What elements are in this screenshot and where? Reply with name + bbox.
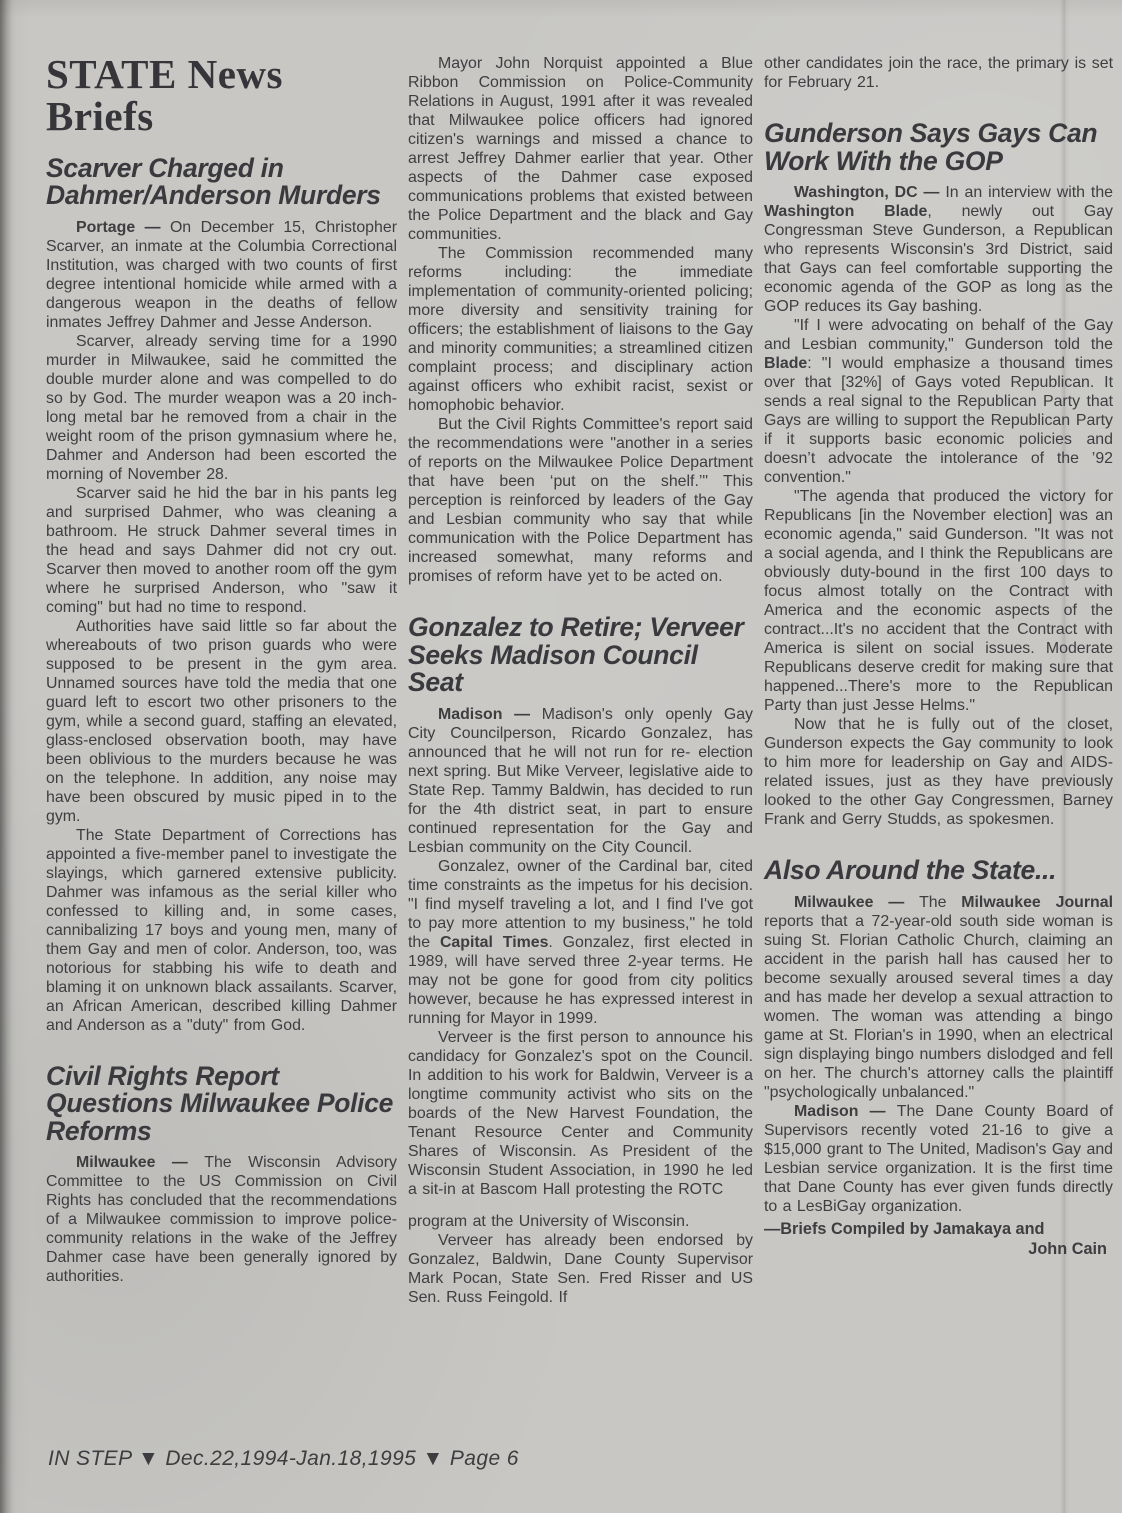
article-headline: Also Around the State... (764, 857, 1113, 885)
newspaper-page: STATE News BriefsScarver Charged in Dahm… (0, 0, 1122, 1513)
paragraph: Authorities have said little so far abou… (46, 617, 397, 826)
paragraph: The Commission recommended many reforms … (408, 244, 753, 415)
paragraph: Madison — Madison's only openly Gay City… (408, 705, 753, 857)
article-headline: Scarver Charged in Dahmer/Anderson Murde… (46, 155, 397, 210)
paragraph: Gonzalez, owner of the Cardinal bar, cit… (408, 857, 753, 1028)
byline: —Briefs Compiled by Jamakaya andJohn Cai… (764, 1219, 1113, 1260)
paragraph: Milwaukee — The Wisconsin Advisory Commi… (46, 1153, 397, 1286)
article-headline: Gunderson Says Gays Can Work With the GO… (764, 120, 1113, 175)
paragraph: Verveer is the first person to announce … (408, 1028, 753, 1199)
column-3: other candidates join the race, the prim… (764, 54, 1113, 1307)
column-1: STATE News BriefsScarver Charged in Dahm… (46, 54, 397, 1307)
paragraph: But the Civil Rights Committee's report … (408, 415, 753, 586)
paragraph: Mayor John Norquist appointed a Blue Rib… (408, 54, 753, 244)
paragraph: Scarver said he hid the bar in his pants… (46, 484, 397, 617)
paragraph: Washington, DC — In an interview with th… (764, 183, 1113, 316)
paragraph: Now that he is fully out of the closet, … (764, 715, 1113, 829)
paragraph: Scarver, already serving time for a 1990… (46, 332, 397, 484)
masthead-title: STATE News Briefs (46, 54, 397, 138)
byline-line: —Briefs Compiled by Jamakaya and (764, 1219, 1113, 1240)
byline-line: John Cain (764, 1239, 1113, 1260)
paragraph: other candidates join the race, the prim… (764, 54, 1113, 92)
paragraph: Milwaukee — The Milwaukee Journal report… (764, 893, 1113, 1102)
paragraph: Portage — On December 15, Christopher Sc… (46, 218, 397, 332)
paragraph: program at the University of Wisconsin. (408, 1212, 753, 1231)
article-headline: Civil Rights Report Questions Milwaukee … (46, 1063, 397, 1146)
columns: STATE News BriefsScarver Charged in Dahm… (46, 54, 1113, 1307)
page-footer: IN STEP ▼ Dec.22,1994-Jan.18,1995 ▼ Page… (48, 1447, 519, 1471)
paragraph: Verveer has already been endorsed by Gon… (408, 1231, 753, 1307)
paragraph: "If I were advocating on behalf of the G… (764, 316, 1113, 487)
column-2: Mayor John Norquist appointed a Blue Rib… (408, 54, 753, 1307)
paragraph: The State Department of Corrections has … (46, 826, 397, 1035)
page-edge-shadow (0, 0, 16, 1513)
paragraph: Madison — The Dane County Board of Super… (764, 1102, 1113, 1216)
paragraph: "The agenda that produced the victory fo… (764, 487, 1113, 715)
article-headline: Gonzalez to Retire; Verveer Seeks Madiso… (408, 614, 753, 697)
